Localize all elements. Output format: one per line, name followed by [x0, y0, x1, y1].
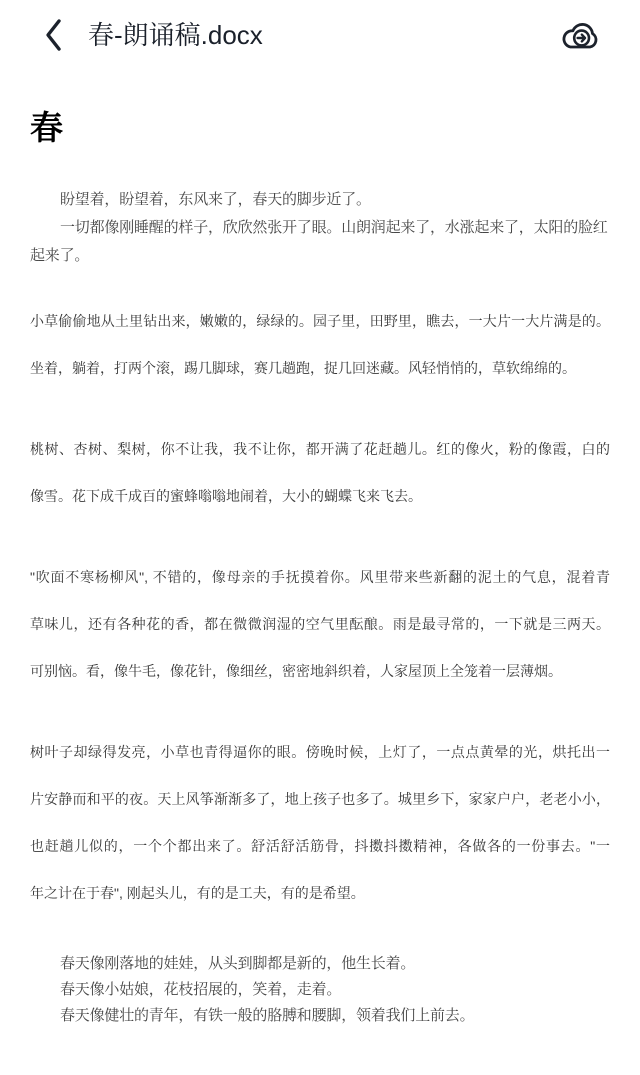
text-line: 也赶趟儿似的，一个个都出来了。舒活舒活筋骨，抖擞抖擞精神，各做各的一份事去。"一	[30, 823, 610, 870]
paragraph-evening: 树叶子却绿得发亮，小草也青得逼你的眼。傍晚时候，上灯了，一点点黄晕的光，烘托出一…	[30, 729, 610, 917]
document-heading: 春	[30, 110, 610, 146]
document-filename: 春-朗诵稿.docx	[88, 20, 559, 50]
intro-line: 盼望着，盼望着，东风来了，春天的脚步近了。	[30, 186, 610, 214]
paragraph-wind-rain: "吹面不寒杨柳风", 不错的，像母亲的手抚摸着你。风里带来些新翻的泥土的气息，混…	[30, 554, 610, 695]
paragraph-grass: 小草偷偷地从土里钻出来，嫩嫩的，绿绿的。园子里，田野里，瞧去，一大片一大片满是的…	[30, 298, 610, 392]
closing-line: 春天像小姑娘，花枝招展的，笑着，走着。	[30, 977, 610, 1003]
header-bar: 春-朗诵稿.docx	[0, 0, 640, 70]
cloud-upload-icon	[559, 18, 603, 52]
closing-line: 春天像健壮的青年，有铁一般的胳膊和腰脚，领着我们上前去。	[30, 1003, 610, 1029]
text-line: 坐着，躺着，打两个滚，踢几脚球，赛几趟跑，捉几回迷藏。风轻悄悄的，草软绵绵的。	[30, 345, 610, 392]
text-line: "吹面不寒杨柳风", 不错的，像母亲的手抚摸着你。风里带来些新翻的泥土的气息，混…	[30, 554, 610, 601]
text-line: 片安静而和平的夜。天上风筝渐渐多了，地上孩子也多了。城里乡下，家家户户，老老小小…	[30, 776, 610, 823]
cloud-share-button[interactable]	[559, 17, 603, 53]
paragraph-flowers: 桃树、杏树、梨树，你不让我，我不让你，都开满了花赶趟儿。红的像火，粉的像霞，白的…	[30, 426, 610, 520]
text-line: 草味儿，还有各种花的香，都在微微润湿的空气里酝酿。雨是最寻常的，一下就是三两天。	[30, 601, 610, 648]
body-paragraphs: 小草偷偷地从土里钻出来，嫩嫩的，绿绿的。园子里，田野里，瞧去，一大片一大片满是的…	[30, 298, 610, 917]
text-line: 可别恼。看，像牛毛，像花针，像细丝，密密地斜织着，人家屋顶上全笼着一层薄烟。	[30, 648, 610, 695]
intro-paragraphs: 盼望着，盼望着，东风来了，春天的脚步近了。 一切都像刚睡醒的样子，欣欣然张开了眼…	[30, 186, 610, 270]
back-button[interactable]	[44, 17, 70, 53]
document-scroll-area[interactable]: 春 盼望着，盼望着，东风来了，春天的脚步近了。 一切都像刚睡醒的样子，欣欣然张开…	[0, 110, 640, 1029]
chevron-left-icon	[44, 18, 63, 52]
text-line: 树叶子却绿得发亮，小草也青得逼你的眼。傍晚时候，上灯了，一点点黄晕的光，烘托出一	[30, 729, 610, 776]
intro-line: 起来了。	[30, 242, 610, 270]
intro-line: 一切都像刚睡醒的样子，欣欣然张开了眼。山朗润起来了，水涨起来了，太阳的脸红	[30, 214, 610, 242]
text-line: 年之计在于春", 刚起头儿，有的是工夫，有的是希望。	[30, 870, 610, 917]
closing-line: 春天像刚落地的娃娃，从头到脚都是新的，他生长着。	[30, 951, 610, 977]
text-line: 像雪。花下成千成百的蜜蜂嗡嗡地闹着，大小的蝴蝶飞来飞去。	[30, 473, 610, 520]
closing-paragraphs: 春天像刚落地的娃娃，从头到脚都是新的，他生长着。 春天像小姑娘，花枝招展的，笑着…	[30, 951, 610, 1029]
text-line: 小草偷偷地从土里钻出来，嫩嫩的，绿绿的。园子里，田野里，瞧去，一大片一大片满是的…	[30, 298, 610, 345]
text-line: 桃树、杏树、梨树，你不让我，我不让你，都开满了花赶趟儿。红的像火，粉的像霞，白的	[30, 426, 610, 473]
